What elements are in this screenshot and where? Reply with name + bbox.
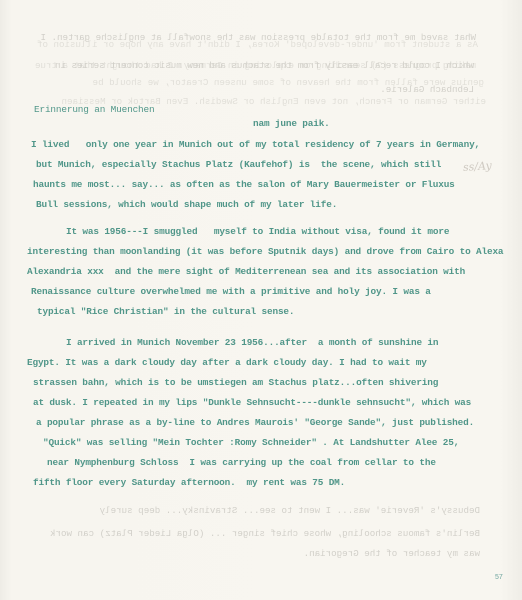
show-through-line: As a student from 'under-developed' Kore… <box>38 39 478 51</box>
text-line: but Munich, especially Stachus Platz (Ka… <box>36 159 441 171</box>
text-line: It was 1956---I smuggled myself to India… <box>66 226 449 238</box>
text-line: haunts me most... say... as often as the… <box>33 179 455 191</box>
text-line: Renaissance culture overwhelmed me with … <box>31 286 431 298</box>
text-line: typical "Rice Christian" in the cultural… <box>37 306 294 318</box>
document-page: What saved me from the totalde pression … <box>0 0 522 600</box>
text-line: I lived only one year in Munich out of m… <box>31 139 480 151</box>
pencil-annotation: ss/Ay <box>463 159 493 174</box>
text-line: a popular phrase as a by-line to Andres … <box>36 417 474 429</box>
text-line: I arrived in Munich November 23 1956...a… <box>66 337 438 349</box>
text-line: at dusk. I repeated in my lips "Dunkle S… <box>33 397 471 409</box>
show-through-line: was my teacher of the Gregorian. <box>40 548 480 560</box>
show-through-line: making progress (?) searching or explori… <box>36 60 476 72</box>
document-title: Erinnerung an Muenchen <box>34 104 154 116</box>
show-through-line: Debussy's 'Reverie' was... I went to see… <box>40 505 480 517</box>
page-number: 57 <box>495 574 503 581</box>
text-line: Egypt. It was a dark cloudy day after a … <box>27 357 427 369</box>
text-line: "Quick" was selling "Mein Tochter :Romy … <box>43 437 459 449</box>
text-line: near Nymphenburg Schloss I was carrying … <box>47 457 436 469</box>
text-line: interesting than moonlanding (it was bef… <box>27 246 503 258</box>
text-line: Alexandria xxx and the mere sight of Med… <box>27 266 465 278</box>
text-line: strassen bahn, which is to be umstiegen … <box>33 377 438 389</box>
text-line: Bull sessions, which would shape much of… <box>36 199 337 211</box>
show-through-line: genius were fallen from the heaven of so… <box>44 77 484 89</box>
text-line: fifth floor every Saturday afternoon. my… <box>33 477 345 489</box>
document-author: nam june paik. <box>253 118 330 130</box>
show-through-line: Berlin's famous schooling, whose chief s… <box>40 528 480 540</box>
